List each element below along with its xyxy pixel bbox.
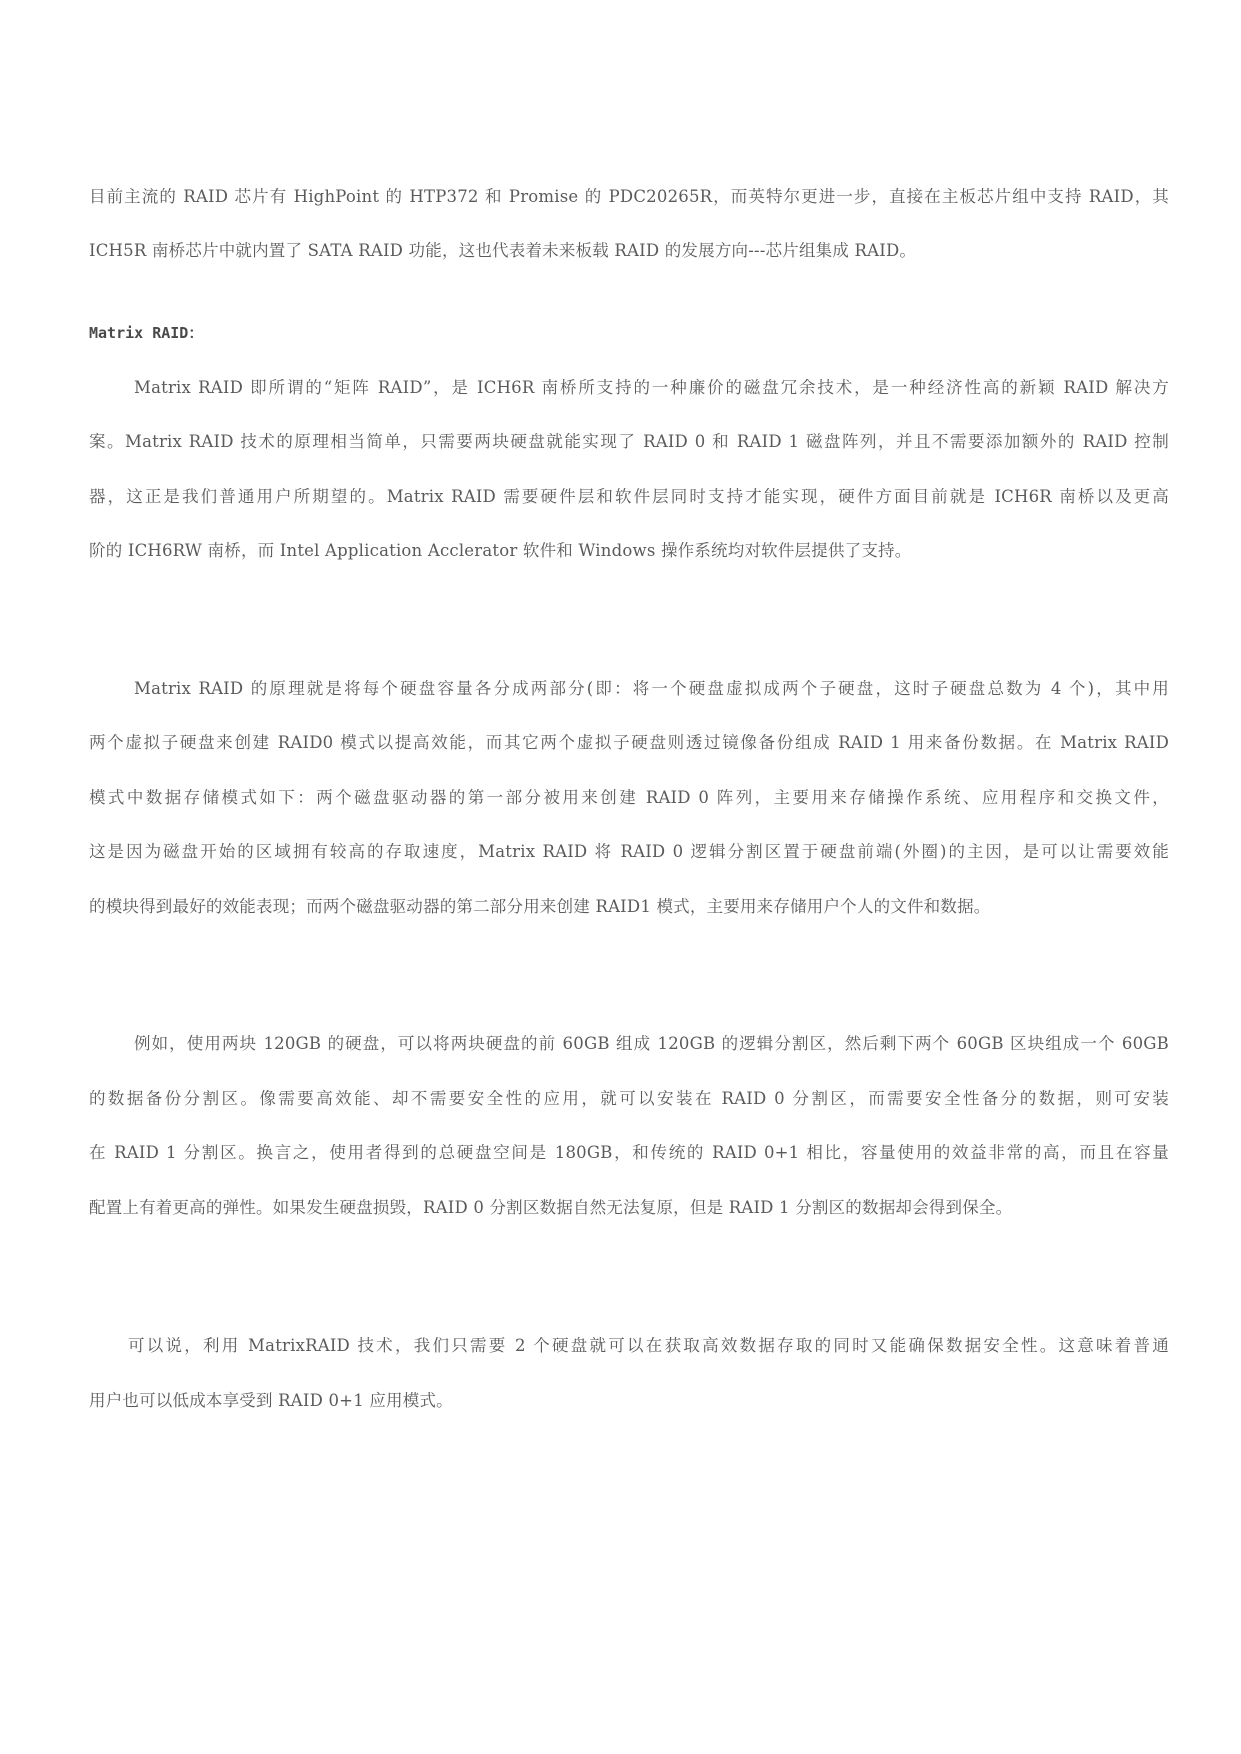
text-line: 配置上有着更高的弹性。如果发生硬盘损毁，RAID 0 分割区数据自然无法复原，但… [89, 1197, 1169, 1219]
text-line: 目前主流的 RAID 芯片有 HighPoint 的 HTP372 和 Prom… [89, 186, 1169, 208]
text-line: 的模块得到最好的效能表现；而两个磁盘驱动器的第二部分用来创建 RAID1 模式，… [89, 896, 1169, 918]
text-line: 在 RAID 1 分割区。换言之，使用者得到的总硬盘空间是 180GB，和传统的… [89, 1142, 1169, 1164]
text-line: Matrix RAID 即所谓的“矩阵 RAID”，是 ICH6R 南桥所支持的… [134, 377, 1169, 399]
text-line: 两个虚拟子硬盘来创建 RAID0 模式以提高效能，而其它两个虚拟子硬盘则透过镜像… [89, 732, 1169, 754]
text-line: ICH5R 南桥芯片中就内置了 SATA RAID 功能，这也代表着未来板载 R… [89, 240, 1169, 262]
text-line: 可以说，利用 MatrixRAID 技术，我们只需要 2 个硬盘就可以在获取高效… [128, 1335, 1169, 1357]
section-heading: Matrix RAID： [89, 322, 203, 343]
text-line: 案。Matrix RAID 技术的原理相当简单，只需要两块硬盘就能实现了 RAI… [89, 431, 1169, 453]
text-line: 用户也可以低成本享受到 RAID 0+1 应用模式。 [89, 1390, 1169, 1412]
text-line: 例如，使用两块 120GB 的硬盘，可以将两块硬盘的前 60GB 组成 120G… [134, 1033, 1169, 1055]
text-line: 的数据备份分割区。像需要高效能、却不需要安全性的应用，就可以安装在 RAID 0… [89, 1088, 1169, 1110]
text-line: Matrix RAID 的原理就是将每个硬盘容量各分成两部分(即：将一个硬盘虚拟… [134, 678, 1169, 700]
text-line: 这是因为磁盘开始的区域拥有较高的存取速度，Matrix RAID 将 RAID … [89, 841, 1169, 863]
document-page: 目前主流的 RAID 芯片有 HighPoint 的 HTP372 和 Prom… [0, 0, 1241, 1754]
text-line: 模式中数据存储模式如下：两个磁盘驱动器的第一部分被用来创建 RAID 0 阵列，… [89, 787, 1169, 809]
text-line: 器，这正是我们普通用户所期望的。Matrix RAID 需要硬件层和软件层同时支… [89, 486, 1169, 508]
text-line: 阶的 ICH6RW 南桥，而 Intel Application Acclera… [89, 540, 1169, 562]
